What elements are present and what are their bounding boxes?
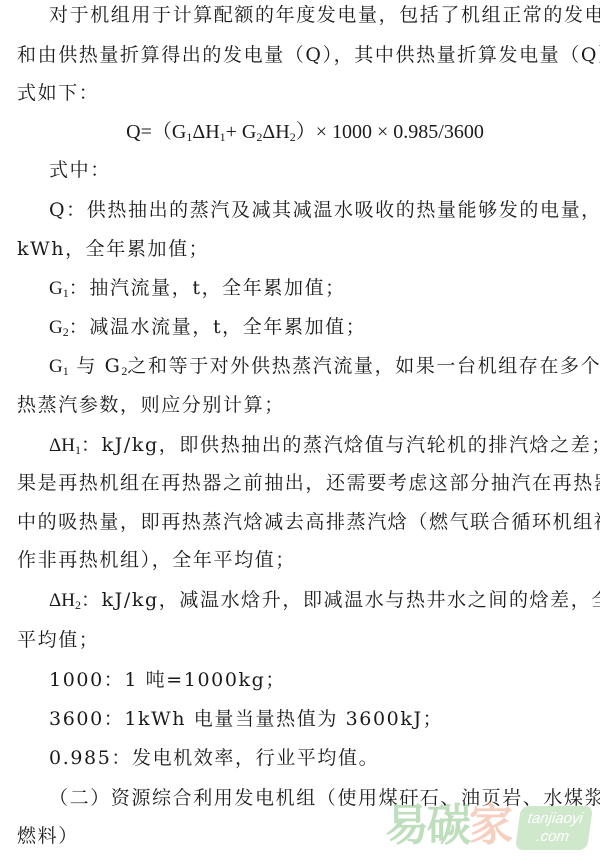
paragraph-line: 作非再热机组），全年平均值； (17, 547, 593, 573)
definition-dh1: ΔH1：kJ/kg，即供热抽出的蒸汽焓值与汽轮机的排汽焓之差；如 (49, 432, 593, 458)
paragraph-line: 和由供热量折算得出的发电量（Q），其中供热量折算发电量（Q）公 (17, 42, 593, 68)
definition-g2: G2：减温水流量，t，全年累加值； (49, 314, 593, 340)
paragraph-line: 果是再热机组在再热器之前抽出，还需要考虑这部分抽汽在再热器 (17, 470, 593, 496)
paragraph-line: G1 与 G2之和等于对外供热蒸汽流量，如果一台机组存在多个供 (49, 353, 593, 379)
paragraph-line: kWh，全年累加值； (17, 236, 593, 262)
definition-dh2: ΔH2：kJ/kg，减温水焓升，即减温水与热井水之间的焓差，全年 (49, 587, 593, 613)
paragraph-line: 中的吸热量，即再热蒸汽焓减去高排蒸汽焓（燃气联合循环机组视 (17, 509, 593, 535)
definition-3600: 3600：1kWh 电量当量热值为 3600kJ； (49, 706, 593, 732)
paragraph-line: 热蒸汽参数，则应分别计算； (17, 392, 593, 418)
definition-1000: 1000：1 吨=1000kg； (49, 667, 593, 693)
paragraph-line: 平均值； (17, 627, 593, 653)
section-heading: （二）资源综合利用发电机组（使用煤矸石、油页岩、水煤浆等 (49, 785, 593, 811)
definition-0985: 0.985：发电机效率，行业平均值。 (49, 745, 593, 771)
paragraph-line: 对于机组用于计算配额的年度发电量，包括了机组正常的发电量 (49, 2, 593, 28)
definition-g1: G1：抽汽流量，t，全年累加值； (49, 275, 593, 301)
definition-q: Q：供热抽出的蒸汽及减其减温水吸收的热量能够发的电量， (49, 197, 593, 223)
paragraph-line: 式中： (49, 157, 593, 183)
paragraph-line: 燃料） (17, 823, 593, 849)
paragraph-line: 式如下： (17, 80, 593, 106)
formula: Q=（G1ΔH1+ G2ΔH2）× 1000 × 0.985/3600 (17, 118, 593, 146)
